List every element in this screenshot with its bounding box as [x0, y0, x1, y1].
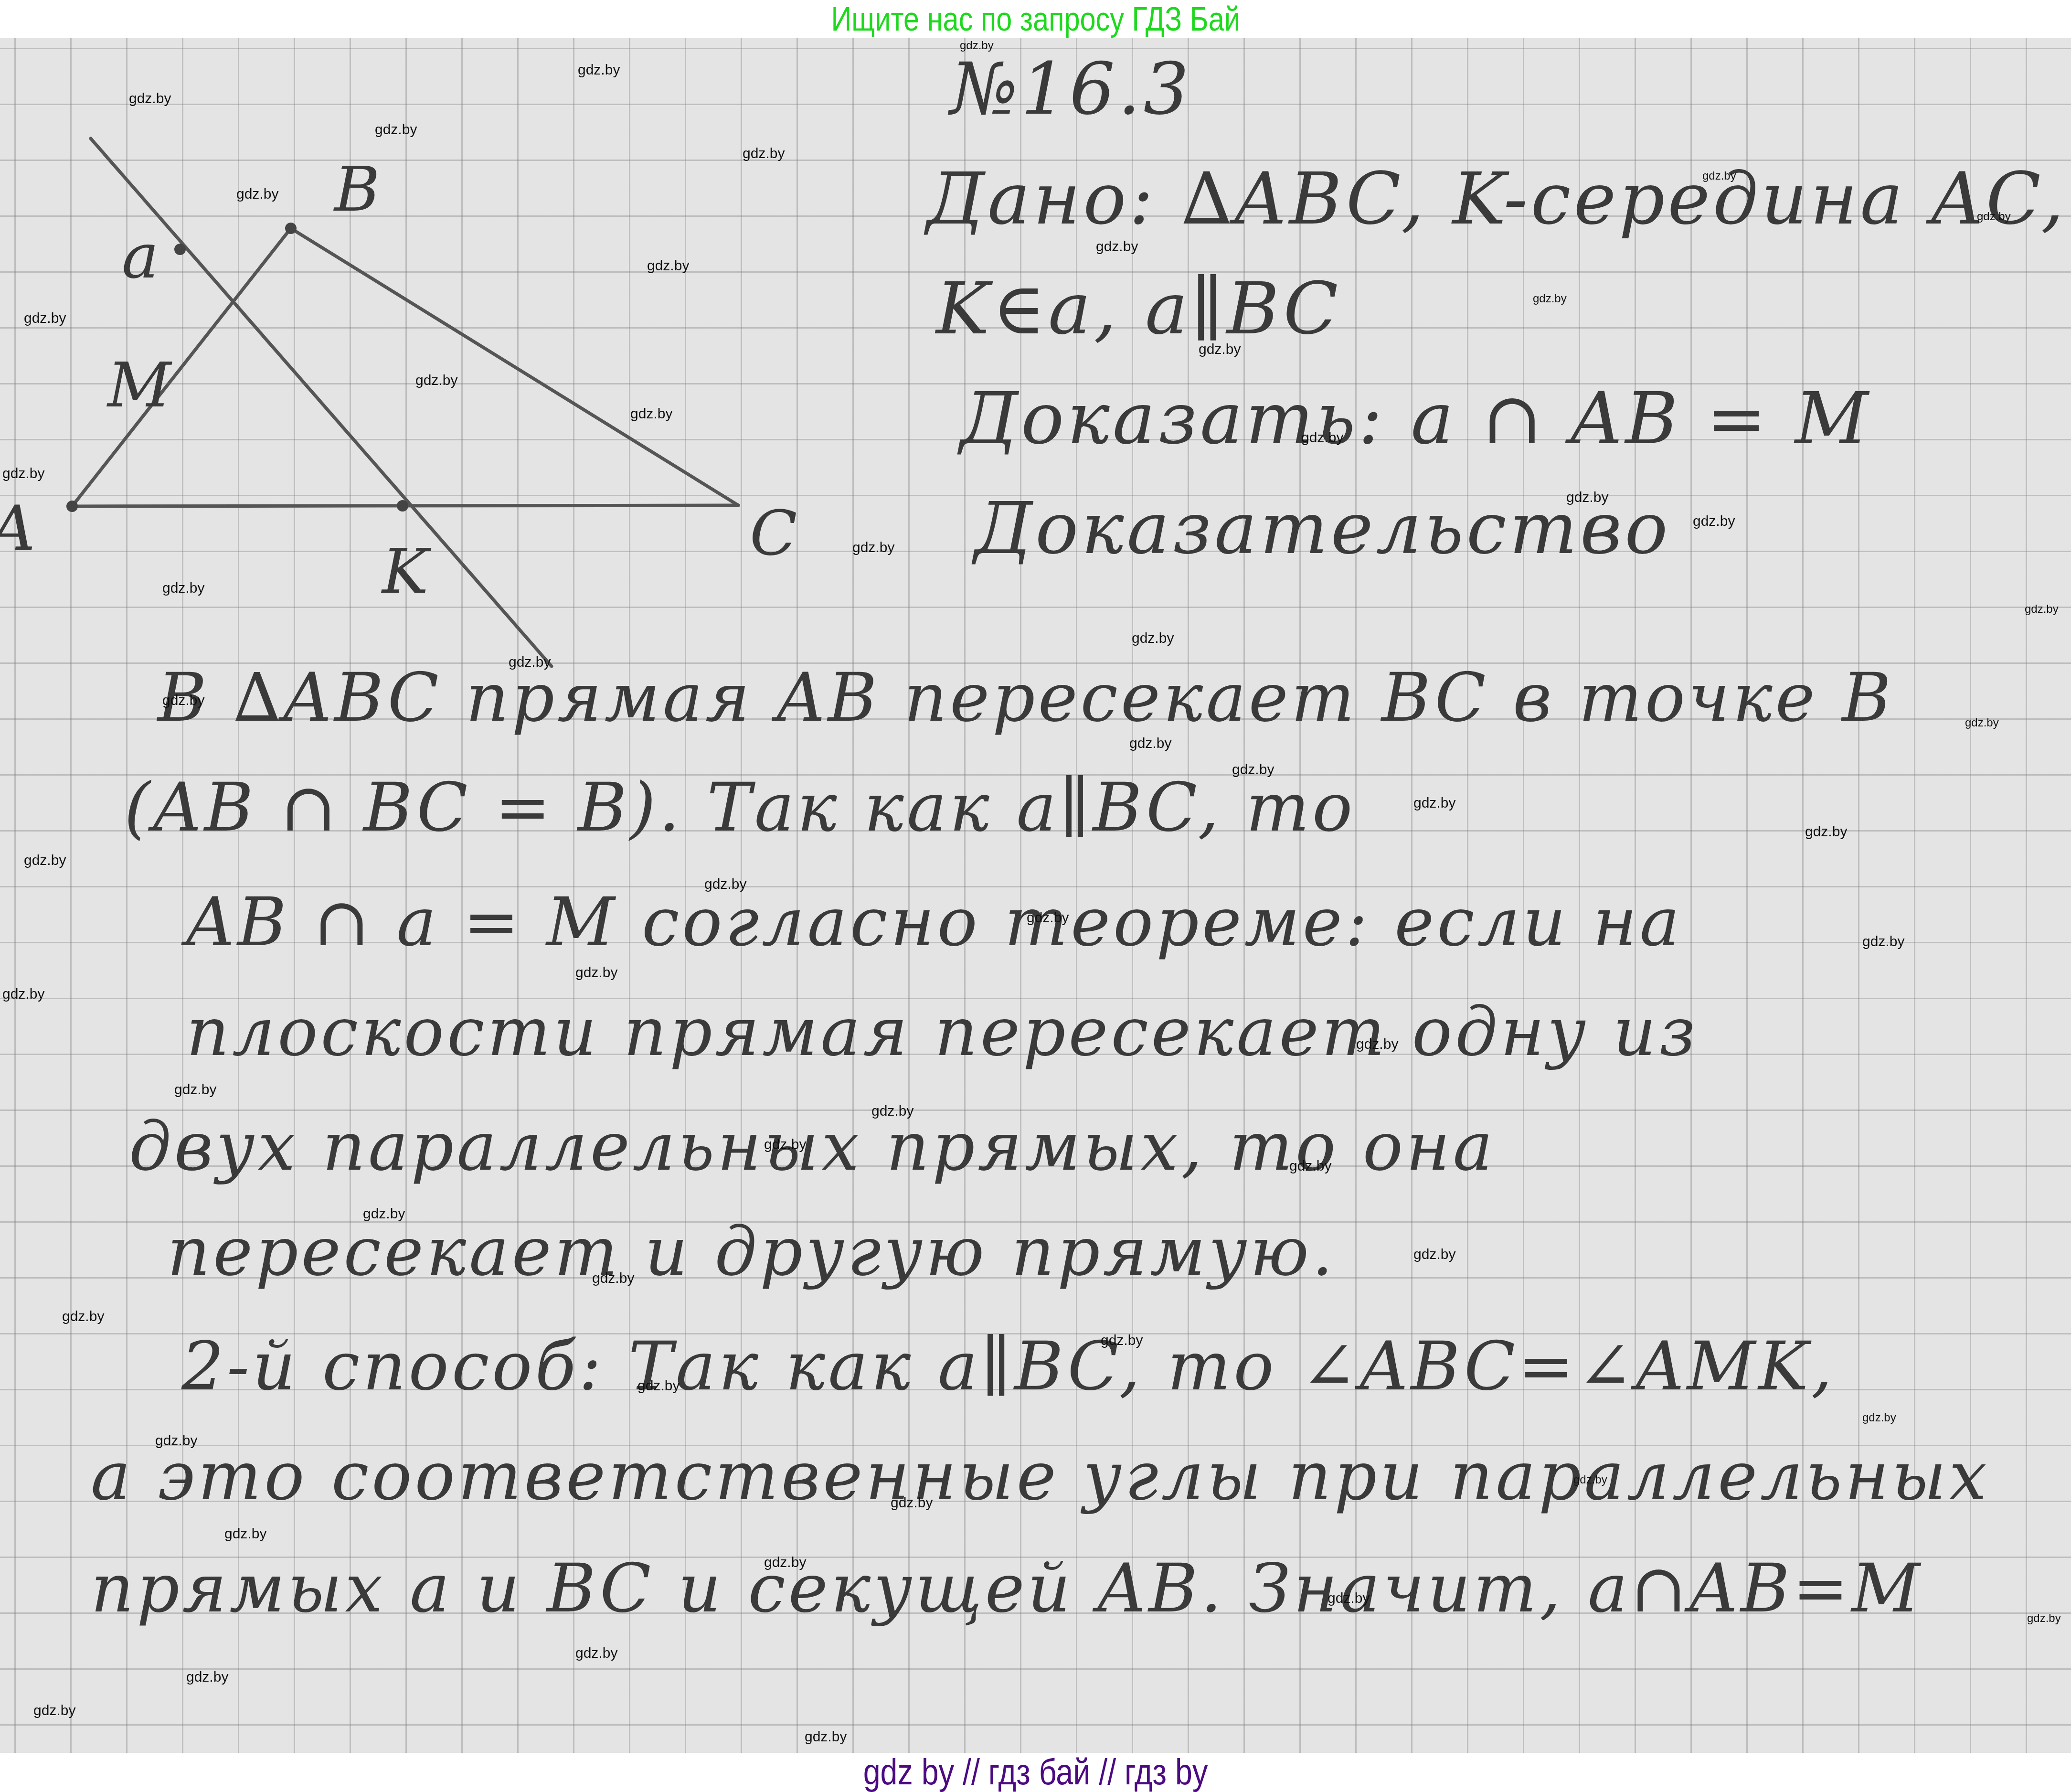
watermark: gdz.by: [1977, 210, 2011, 224]
watermark: gdz.by: [1413, 795, 1455, 811]
label-c: C: [750, 497, 797, 569]
watermark: gdz.by: [1533, 292, 1567, 306]
proof-line: прямых a и BC и секущей AB. Значит, a∩AB…: [91, 1550, 1923, 1628]
label-a: A: [0, 492, 35, 565]
watermark: gdz.by: [155, 1433, 197, 1449]
watermark: gdz.by: [1096, 239, 1138, 255]
watermark: gdz.by: [1566, 490, 1608, 506]
label-b: B: [334, 153, 380, 225]
promo-footer-text: gdz by // гдз бай // гдз by: [863, 1753, 1208, 1792]
watermark: gdz.by: [24, 310, 66, 327]
watermark: gdz.by: [575, 965, 617, 981]
watermark: gdz.by: [1101, 1333, 1143, 1349]
watermark: gdz.by: [1413, 1247, 1455, 1263]
watermark: gdz.by: [1027, 910, 1069, 926]
watermark: gdz.by: [704, 876, 746, 893]
watermark: gdz.by: [2, 986, 44, 1003]
watermark: gdz.by: [1573, 1473, 1607, 1487]
watermark: gdz.by: [1289, 1158, 1331, 1174]
watermark: gdz.by: [1129, 736, 1171, 752]
watermark: gdz.by: [224, 1526, 266, 1542]
segment-ab: [72, 228, 291, 506]
watermark: gdz.by: [1301, 430, 1343, 446]
watermark: gdz.by: [1356, 1036, 1398, 1053]
watermark: gdz.by: [62, 1309, 104, 1325]
watermark: gdz.by: [1199, 341, 1241, 358]
point-b: [285, 223, 297, 234]
watermark: gdz.by: [33, 1703, 75, 1719]
problem-number: №16.3: [950, 48, 1192, 131]
watermark: gdz.by: [1805, 824, 1847, 840]
label-k: K: [382, 535, 428, 608]
watermark: gdz.by: [630, 406, 672, 422]
point-k: [397, 500, 408, 512]
promo-footer: gdz by // гдз бай // гдз by: [0, 1753, 2071, 1792]
watermark: gdz.by: [1965, 716, 1999, 730]
watermark: gdz.by: [1862, 1411, 1896, 1425]
point-a: [66, 501, 78, 512]
watermark: gdz.by: [852, 540, 894, 556]
watermark: gdz.by: [743, 146, 785, 162]
watermark: gdz.by: [871, 1103, 913, 1120]
watermark: gdz.by: [186, 1669, 228, 1685]
promo-header-text: Ищите нас по запросу ГДЗ Бай: [831, 0, 1240, 38]
watermark: gdz.by: [1693, 513, 1735, 530]
watermark: gdz.by: [162, 580, 204, 597]
watermark: gdz.by: [960, 39, 994, 53]
proof-line: (AB ∩ BC = B). Так как a∥BC, то: [124, 769, 1355, 847]
given-line-1: Дано: ∆ABC, K-середина AC,: [926, 158, 2067, 241]
label-a-line: a: [122, 220, 159, 292]
watermark: gdz.by: [129, 91, 171, 107]
watermark: gdz.by: [2027, 1612, 2061, 1625]
watermark: gdz.by: [1328, 1590, 1370, 1607]
watermark: gdz.by: [236, 186, 278, 203]
prove-statement: Доказать: a ∩ AB = M: [960, 377, 1871, 460]
watermark: gdz.by: [24, 853, 66, 869]
proof-line: 2-й способ: Так как a∥BC, то ∠ABC=∠AMK,: [181, 1328, 1835, 1406]
watermark: gdz.by: [764, 1137, 806, 1153]
watermark: gdz.by: [1702, 170, 1736, 183]
triangle-diagram: [0, 0, 860, 1003]
watermark: gdz.by: [578, 62, 620, 78]
watermark: gdz.by: [162, 693, 204, 709]
watermark: gdz.by: [363, 1206, 405, 1222]
watermark: gdz.by: [637, 1378, 680, 1394]
watermark: gdz.by: [891, 1495, 933, 1511]
point-m: [174, 244, 186, 255]
watermark: gdz.by: [805, 1729, 847, 1745]
proof-line: AB ∩ a = M согласно теореме: если на: [186, 884, 1682, 961]
watermark: gdz.by: [2025, 603, 2059, 616]
watermark: gdz.by: [592, 1270, 634, 1287]
watermark: gdz.by: [1862, 934, 1904, 950]
watermark: gdz.by: [1132, 630, 1174, 647]
label-m: M: [107, 349, 171, 421]
watermark: gdz.by: [1232, 762, 1274, 778]
watermark: gdz.by: [764, 1555, 806, 1571]
watermark: gdz.by: [647, 258, 689, 274]
given-line-2: K∈a, a∥BC: [936, 267, 1341, 351]
watermark: gdz.by: [415, 373, 457, 389]
watermark: gdz.by: [375, 122, 417, 138]
proof-line: а это соответственные углы при параллель…: [91, 1438, 1990, 1515]
watermark: gdz.by: [2, 466, 44, 482]
watermark: gdz.by: [509, 654, 551, 671]
proof-line: В ∆ABC прямая AB пересекает BC в точке B: [158, 659, 1894, 737]
proof-line: пересекает и другую прямую.: [167, 1213, 1336, 1291]
watermark: gdz.by: [174, 1082, 216, 1098]
watermark: gdz.by: [575, 1645, 617, 1662]
proof-line: плоскости прямая пересекает одну из: [186, 993, 1698, 1071]
